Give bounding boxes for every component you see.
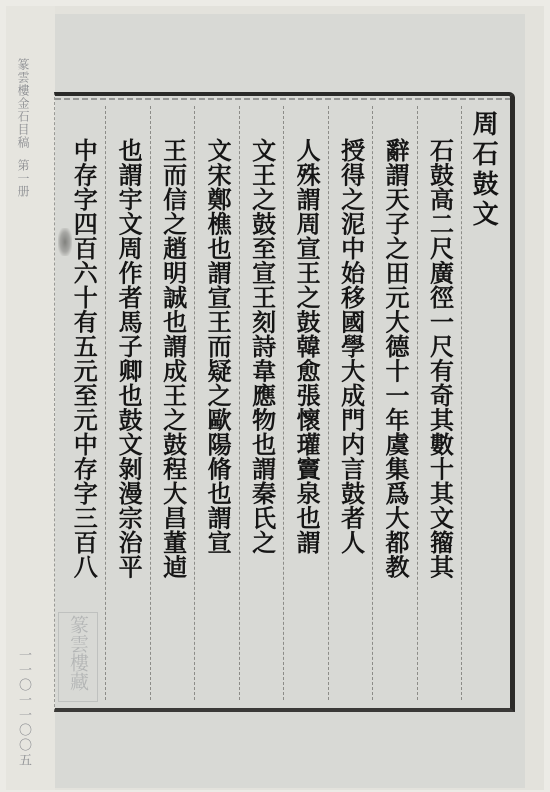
column-text: 辭謂天子之田元大德十一年虞集爲大都教 bbox=[379, 106, 411, 700]
text-frame: 周石鼓文 石鼓高二尺廣徑一尺有奇其數十其文籀其 辭謂天子之田元大德十一年虞集爲大… bbox=[54, 92, 515, 712]
text-column: 石鼓高二尺廣徑一尺有奇其數十其文籀其 bbox=[417, 106, 461, 700]
text-column: 王而信之趙明誠也謂成王之鼓程大昌董逌 bbox=[150, 106, 194, 700]
text-column: 人殊謂周宣王之鼓韓愈張懷瓘竇泉也謂 bbox=[283, 106, 327, 700]
column-text: 王而信之趙明誠也謂成王之鼓程大昌董逌 bbox=[157, 106, 189, 700]
volume-label: 第一册 bbox=[14, 159, 32, 198]
column-text: 文王之鼓至宣王刻詩韋應物也謂秦氏之 bbox=[246, 106, 278, 700]
text-column: 也謂宇文周作者馬子卿也鼓文剝漫宗治平 bbox=[105, 106, 149, 700]
running-title: 篆雲樓金石目稿第一册 bbox=[14, 58, 32, 198]
text-column: 辭謂天子之田元大德十一年虞集爲大都教 bbox=[372, 106, 416, 700]
text-column: 中存字四百六十有五元至元中存字三百八 bbox=[61, 106, 105, 700]
text-column: 授得之泥中始移國學大成門内言鼓者人 bbox=[328, 106, 372, 700]
column-text: 授得之泥中始移國學大成門内言鼓者人 bbox=[335, 106, 367, 700]
text-column: 文宋鄭樵也謂宣王而疑之歐陽脩也謂宣 bbox=[194, 106, 238, 700]
text-columns: 周石鼓文 石鼓高二尺廣徑一尺有奇其數十其文籀其 辭謂天子之田元大德十一年虞集爲大… bbox=[61, 106, 504, 700]
document-title: 周石鼓文 bbox=[467, 106, 499, 700]
book-title: 篆雲樓金石目稿 bbox=[16, 58, 30, 149]
text-column: 文王之鼓至宣王刻詩韋應物也謂秦氏之 bbox=[239, 106, 283, 700]
left-margin: 篆雲樓金石目稿第一册 一一〇一一〇〇五 bbox=[6, 6, 55, 790]
column-text: 人殊謂周宣王之鼓韓愈張懷瓘竇泉也謂 bbox=[290, 106, 322, 700]
collector-seal: 篆雲樓藏 bbox=[58, 612, 98, 702]
title-column: 周石鼓文 bbox=[461, 106, 504, 700]
page-number: 一一〇一一〇〇五 bbox=[14, 648, 32, 768]
column-text: 文宋鄭樵也謂宣王而疑之歐陽脩也謂宣 bbox=[201, 106, 233, 700]
column-text: 也謂宇文周作者馬子卿也鼓文剝漫宗治平 bbox=[112, 106, 144, 700]
ink-smudge bbox=[58, 228, 72, 256]
column-text: 中存字四百六十有五元至元中存字三百八 bbox=[67, 106, 99, 700]
column-text: 石鼓高二尺廣徑一尺有奇其數十其文籀其 bbox=[424, 106, 456, 700]
